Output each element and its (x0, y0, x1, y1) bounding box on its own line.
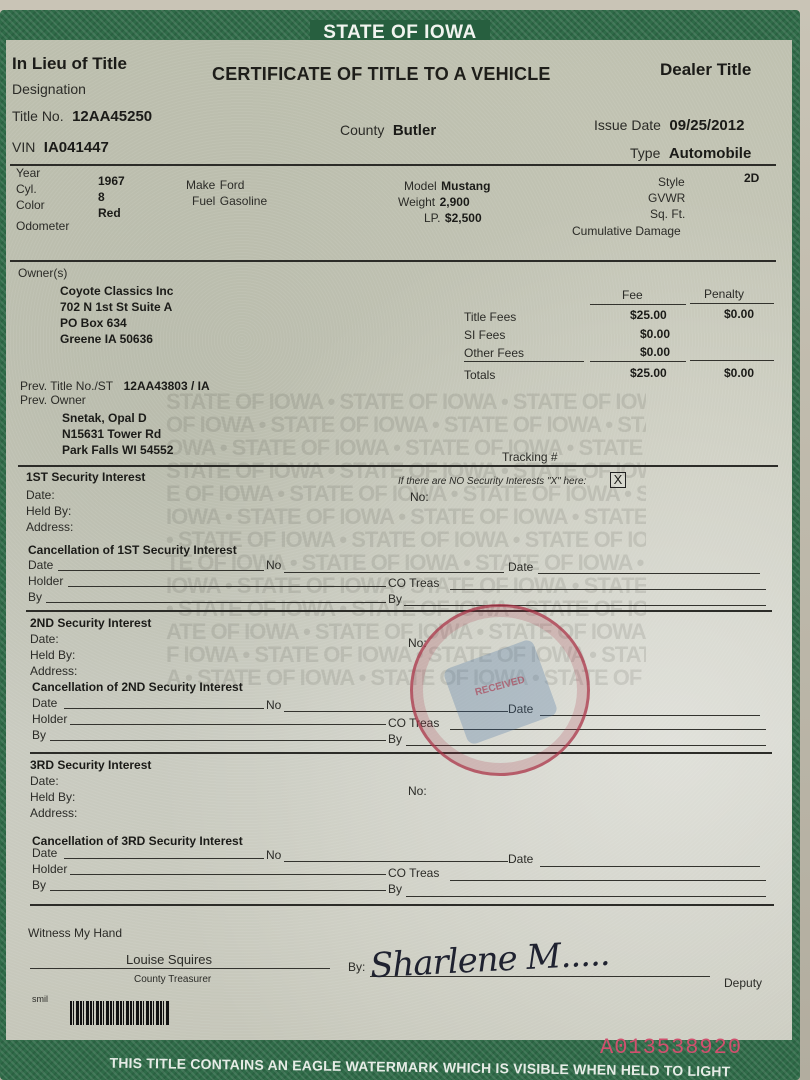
title-fees-penalty: $0.00 (724, 307, 754, 321)
cancel-1-by-line[interactable] (46, 602, 386, 603)
owner-street: 702 N 1st St Suite A (60, 299, 173, 315)
security-2-address-label: Address: (30, 664, 77, 678)
cancel-2-by-label: By (32, 728, 46, 742)
cancel-2-holder-label: Holder (32, 712, 67, 726)
treasurer-title: County Treasurer (134, 974, 211, 985)
owner-address: Coyote Classics Inc 702 N 1st St Suite A… (60, 283, 173, 347)
title-number-label: Title No. (12, 108, 64, 124)
si-fees-fee: $0.00 (640, 327, 670, 341)
totals-label: Totals (464, 368, 495, 382)
title-kind: Dealer Title (660, 60, 751, 80)
penalty-header: Penalty (704, 287, 744, 301)
cancel-3-by-line[interactable] (50, 890, 386, 891)
odometer-label: Odometer (16, 219, 69, 233)
year-label: Year (16, 166, 40, 180)
vin-field: VIN IA041447 (12, 139, 109, 157)
cancel-3-holder-line[interactable] (70, 874, 386, 875)
security-3-held-by-label: Held By: (30, 790, 75, 804)
security-2-date-label: Date: (30, 632, 59, 646)
type-label: Type (630, 145, 660, 161)
owner-po-box: PO Box 634 (60, 315, 173, 331)
security-1-date-label: Date: (26, 488, 55, 502)
cancel-1-date2-label: Date (508, 560, 533, 574)
cancel-1-title: Cancellation of 1ST Security Interest (28, 543, 237, 557)
total-penalty: $0.00 (724, 366, 754, 380)
designation-label: Designation (12, 81, 86, 97)
cancel-1-date-line[interactable] (58, 570, 264, 571)
divider (18, 465, 778, 467)
prev-owner-address: Snetak, Opal D N15631 Tower Rd Park Fall… (62, 410, 173, 458)
total-fee: $25.00 (630, 366, 667, 380)
divider (690, 360, 774, 361)
cancel-2-date-line[interactable] (64, 708, 264, 709)
cyl-label: Cyl. (16, 182, 37, 196)
make: Ford (220, 178, 245, 192)
cumulative-damage-label: Cumulative Damage (572, 224, 681, 238)
list-price-label: LP. (424, 211, 440, 225)
security-2-held-by-label: Held By: (30, 648, 75, 662)
cancel-1-holder-label: Holder (28, 574, 63, 588)
list-price-field: LP. $2,500 (424, 209, 482, 227)
fee-header: Fee (622, 288, 643, 302)
county-field: County Butler (340, 122, 436, 140)
owner-name: Coyote Classics Inc (60, 283, 173, 299)
cancel-1-date2-line[interactable] (538, 573, 760, 574)
cylinders: 8 (98, 190, 105, 204)
no-security-checkbox[interactable]: X (610, 472, 626, 488)
model: Mustang (441, 179, 490, 193)
owner-city: Greene IA 50636 (60, 331, 173, 347)
prev-owner-name: Snetak, Opal D (62, 410, 173, 426)
security-3-address-label: Address: (30, 806, 77, 820)
county: Butler (393, 122, 436, 139)
cancel-1-no-label: No (266, 558, 281, 572)
title-fees-label: Title Fees (464, 310, 516, 324)
weight: 2,900 (440, 195, 470, 209)
si-fees-label: SI Fees (464, 328, 505, 342)
witness-label: Witness My Hand (28, 926, 122, 940)
style: 2D (744, 171, 759, 185)
vehicle-type: Automobile (669, 145, 752, 162)
cancel-1-date-label: Date (28, 558, 53, 572)
divider (26, 610, 772, 612)
treasurer-name: Louise Squires (126, 952, 212, 967)
cancel-3-no-line[interactable] (284, 861, 508, 862)
year: 1967 (98, 174, 125, 188)
color: Red (98, 206, 121, 220)
type-field: Type Automobile (630, 145, 751, 163)
list-price: $2,500 (445, 211, 482, 225)
issue-date-field: Issue Date 09/25/2012 (594, 117, 744, 135)
title-number-field: Title No. 12AA45250 (12, 108, 152, 126)
cancel-1-holder-line[interactable] (68, 586, 386, 587)
cancel-3-date-label: Date (32, 846, 57, 860)
cancel-1-no-line[interactable] (284, 572, 504, 573)
operator-code: smil (32, 994, 48, 1004)
fuel: Gasoline (220, 194, 267, 208)
cancel-3-co-treas-line[interactable] (450, 880, 766, 881)
divider (30, 752, 772, 754)
security-1-no-label: No: (410, 490, 429, 504)
weight-label: Weight (398, 195, 435, 209)
divider (590, 361, 686, 362)
security-1-address-label: Address: (26, 520, 73, 534)
vin: IA041447 (44, 139, 109, 156)
county-label: County (340, 122, 384, 138)
cancel-3-date2-label: Date (508, 852, 533, 866)
title-number: 12AA45250 (72, 108, 152, 125)
cancel-3-by-label: By (32, 878, 46, 892)
make-label: Make (186, 178, 215, 192)
prev-title: 12AA43803 / IA (124, 379, 210, 393)
title-certificate: STATE OF IOWA STATE OF IOWA • STATE OF I… (0, 10, 800, 1080)
divider (690, 303, 774, 304)
fuel-label: Fuel (192, 194, 215, 208)
deputy-label: Deputy (724, 976, 762, 990)
cancel-3-date2-line[interactable] (540, 866, 760, 867)
county-treasurer-seal: RECEIVED (410, 604, 590, 776)
vin-label: VIN (12, 139, 35, 155)
cancel-2-title: Cancellation of 2ND Security Interest (32, 680, 243, 694)
security-2-title: 2ND Security Interest (30, 616, 151, 630)
cancel-2-holder-line[interactable] (70, 724, 386, 725)
cancel-1-co-treas-line[interactable] (450, 589, 766, 590)
cancel-2-by2-label: By (388, 732, 402, 746)
issue-date-label: Issue Date (594, 117, 661, 133)
prev-title-label: Prev. Title No./ST (20, 379, 113, 393)
gvwr-label: GVWR (648, 191, 685, 205)
document-title: CERTIFICATE OF TITLE TO A VEHICLE (212, 64, 551, 85)
cancel-2-by-line[interactable] (50, 740, 386, 741)
security-1-held-by-label: Held By: (26, 504, 71, 518)
by-label: By: (348, 960, 365, 974)
model-label: Model (404, 179, 437, 193)
cancel-3-by2-line[interactable] (406, 896, 766, 897)
cancel-3-holder-label: Holder (32, 862, 67, 876)
cancel-3-no-label: No (266, 848, 281, 862)
issue-date: 09/25/2012 (669, 117, 744, 134)
cancel-1-by2-label: By (388, 592, 402, 606)
security-3-date-label: Date: (30, 774, 59, 788)
divider (464, 361, 584, 362)
cancel-3-date-line[interactable] (64, 858, 264, 859)
style-label: Style (658, 175, 685, 189)
divider (30, 904, 774, 906)
cancel-1-by2-line[interactable] (404, 605, 766, 606)
tracking-label: Tracking # (502, 450, 558, 464)
barcode (70, 1001, 170, 1025)
color-label: Color (16, 198, 45, 212)
title-fees-fee: $25.00 (630, 308, 667, 322)
designation-value: In Lieu of Title (12, 54, 127, 74)
divider (590, 304, 686, 305)
prev-owner-street: N15631 Tower Rd (62, 426, 173, 442)
prev-owner-city: Park Falls WI 54552 (62, 442, 173, 458)
sqft-label: Sq. Ft. (650, 207, 685, 221)
other-fees-fee: $0.00 (640, 345, 670, 359)
cancel-3-co-treas-label: CO Treas (388, 866, 439, 880)
cancel-3-by2-label: By (388, 882, 402, 896)
divider (10, 260, 776, 262)
cancel-3-title: Cancellation of 3RD Security Interest (32, 834, 243, 848)
fuel-field: Fuel Gasoline (192, 192, 267, 210)
owners-label: Owner(s) (18, 266, 67, 280)
cancel-1-by-label: By (28, 590, 42, 604)
certificate-paper: STATE OF IOWA • STATE OF IOWA • STATE OF… (6, 40, 792, 1040)
other-fees-label: Other Fees (464, 346, 524, 360)
security-3-title: 3RD Security Interest (30, 758, 151, 772)
no-security-note: If there are NO Security Interests "X" h… (398, 476, 586, 487)
security-3-no-label: No: (408, 784, 427, 798)
cancel-2-date-label: Date (32, 696, 57, 710)
cancel-1-co-treas-label: CO Treas (388, 576, 439, 590)
prev-owner-label: Prev. Owner (20, 393, 86, 407)
treasurer-signature-line (30, 968, 330, 969)
cancel-2-no-label: No (266, 698, 281, 712)
security-1-title: 1ST Security Interest (26, 470, 145, 484)
divider (10, 164, 776, 166)
